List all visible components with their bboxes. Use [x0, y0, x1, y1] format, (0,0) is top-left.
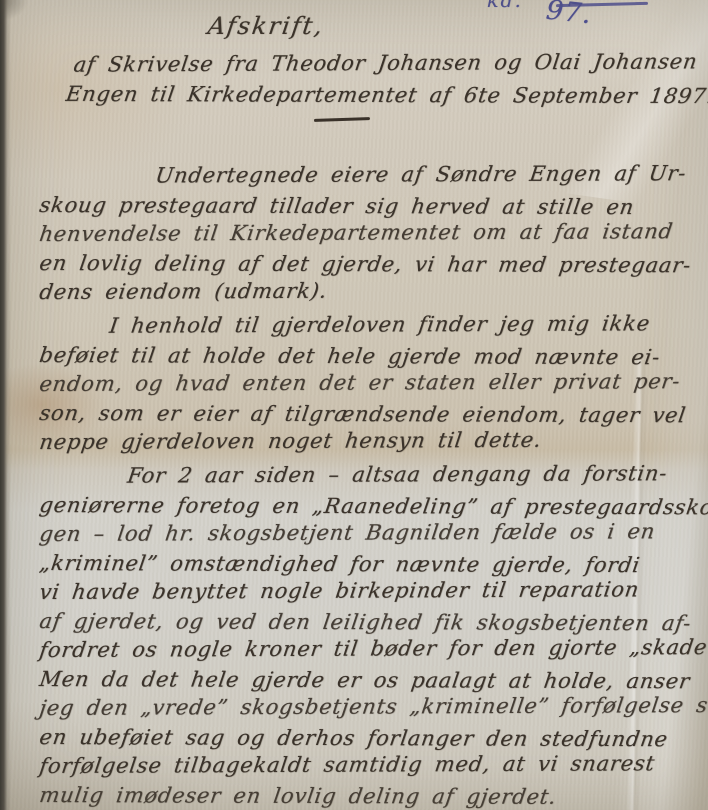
handwritten-line: neppe gjerdeloven noget hensyn til dette… [37, 427, 701, 459]
handwritten-line: dens eiendom (udmark). [37, 277, 701, 309]
archive-number: 97. [545, 0, 594, 30]
registry-note-fragment: kd. [487, 0, 523, 12]
handwritten-line: forfølgelse tilbagekaldt samtidig med, a… [37, 751, 701, 783]
divider-stroke [314, 117, 370, 122]
body-text: Undertegnede eiere af Søndre Engen af Ur… [38, 164, 698, 810]
handwritten-line: gen – lod hr. skogsbetjent Bagnilden fæl… [37, 519, 701, 551]
paragraph: Undertegnede eiere af Søndre Engen af Ur… [38, 164, 698, 309]
header-line-sender: af Skrivelse fra Theodor Johansen og Ola… [72, 49, 699, 76]
document-photo: kd. 97. Afskrift, af Skrivelse fra Theod… [0, 0, 708, 810]
paragraph: For 2 aar siden – altsaa dengang da fors… [38, 464, 698, 810]
handwritten-line: endom, og hvad enten det er staten eller… [37, 369, 701, 401]
document-title: Afskrift, [206, 12, 326, 40]
handwritten-line: Undertegnede eiere af Søndre Engen af Ur… [37, 161, 701, 193]
header-line-recipient: Engen til Kirkedepartementet af 6te Sept… [64, 82, 708, 108]
handwritten-line: fordret os nogle kroner til bøder for de… [37, 635, 701, 667]
handwritten-line: henvendelse til Kirkedepartementet om at… [37, 219, 701, 251]
handwritten-line: For 2 aar siden – altsaa dengang da fors… [37, 461, 701, 493]
handwritten-line: I henhold til gjerdeloven finder jeg mig… [37, 311, 701, 343]
handwritten-line: jeg den „vrede” skogsbetjents „kriminell… [37, 693, 701, 725]
handwriting-layer: kd. 97. Afskrift, af Skrivelse fra Theod… [0, 0, 708, 810]
handwritten-line: vi havde benyttet nogle birkepinder til … [37, 577, 701, 609]
paragraph: I henhold til gjerdeloven finder jeg mig… [38, 314, 698, 459]
handwritten-line: mulig imødeser en lovlig deling af gjerd… [37, 783, 701, 810]
